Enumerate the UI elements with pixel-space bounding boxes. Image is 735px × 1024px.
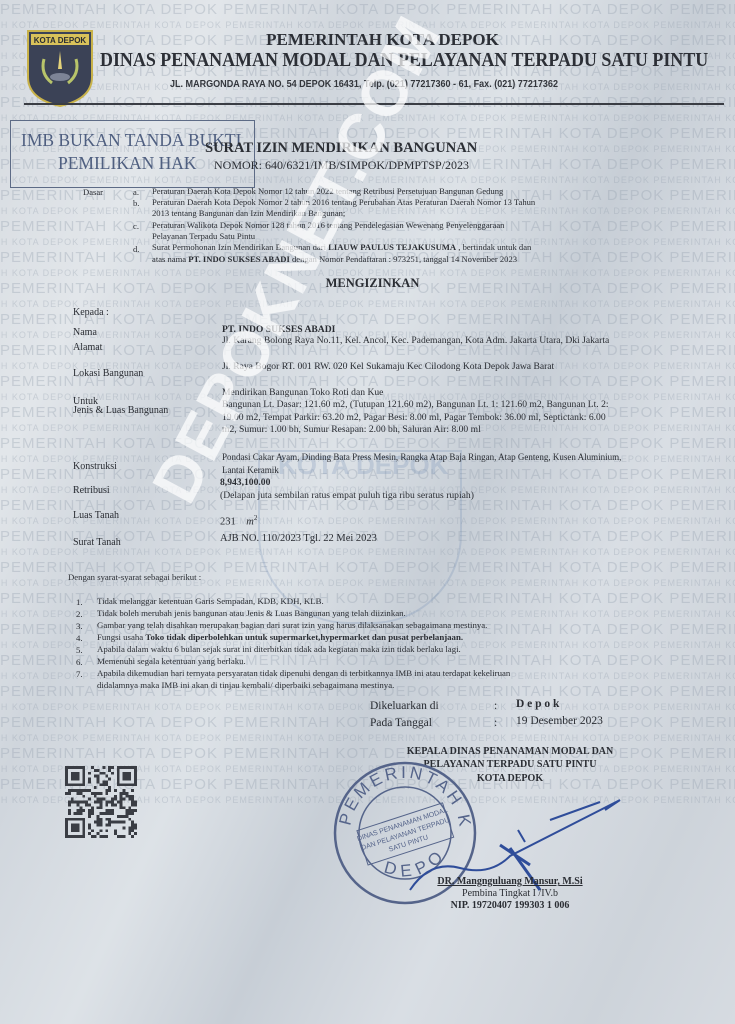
issued-date-label: Pada Tanggal xyxy=(370,717,432,729)
syarat-number: 5. xyxy=(76,645,83,655)
jenis-label: Jenis & Luas Bangunan xyxy=(73,405,168,416)
syarat-item: Fungsi usaha Toko tidak diperbolehkan un… xyxy=(97,632,463,642)
dasar-letter: b. xyxy=(133,198,139,209)
syarat-number: 6. xyxy=(76,657,83,667)
dasar-letter: d. xyxy=(133,244,139,255)
surat-tanah-value: AJB NO. 110/2023 Tgl. 22 Mei 2023 xyxy=(220,533,620,546)
issued-date-value: 19 Desember 2023 xyxy=(516,715,603,727)
alamat-label: Alamat xyxy=(73,342,102,353)
syarat-number: 3. xyxy=(76,621,83,631)
syarat-item: Apabila dikemudian hari ternyata persyar… xyxy=(97,668,510,678)
stamp-line-2: PEMILIKAN HAK xyxy=(58,152,197,174)
syarat-number: 4. xyxy=(76,633,83,643)
syarat-item: Tidak melanggar ketentuan Garis Sempadan… xyxy=(97,596,324,606)
untuk-value: Mendirikan Bangunan Toko Roti dan Kue xyxy=(222,387,622,400)
signatory-rank: Pembina Tingkat I /IV.b xyxy=(380,888,640,899)
mengizinkan-heading: MENGIZINKAN xyxy=(0,276,735,291)
syarat-item: Tidak boleh merubah jenis bangunan atau … xyxy=(97,608,406,618)
syarat-item: Gambar yang telah disahkan merupakan bag… xyxy=(97,620,487,630)
syarat-number: 2. xyxy=(76,609,83,619)
dasar-label: Dasar xyxy=(83,187,103,198)
syarat-heading: Dengan syarat-syarat sebagai berikut : xyxy=(68,572,201,582)
lokasi-label: Lokasi Bangunan xyxy=(73,368,143,379)
issued-separator: : xyxy=(494,717,497,729)
konstruksi-label: Konstruksi xyxy=(73,461,117,472)
issued-place-label: Dikeluarkan di xyxy=(370,700,439,712)
luas-tanah-value: 231 m2 xyxy=(220,512,620,529)
dasar-item: Pelayanan Terpadu Satu Pintu xyxy=(152,231,255,242)
signatory-name: DR. Mangnguluang Mansur, M.Si xyxy=(380,876,640,887)
konstruksi-value: Pondasi Cakar Ayam, Dinding Bata Press M… xyxy=(222,451,622,476)
retribusi-value: 8,943,100.00 xyxy=(220,477,620,490)
syarat-item: didalamnya maka IMB ini akan di tinjau k… xyxy=(97,680,394,690)
signatory-nip: NIP. 19720407 199303 1 006 xyxy=(380,900,640,911)
syarat-item: Memenuhi segala ketentuan yang berlaku. xyxy=(97,656,246,666)
syarat-item: Apabila dalam waktu 6 bulan sejak surat … xyxy=(97,644,461,654)
kepada-label: Kepada : xyxy=(73,307,109,318)
qr-code-icon[interactable] xyxy=(62,766,140,838)
dasar-letter: a. xyxy=(133,187,139,198)
issued-separator: : xyxy=(494,700,497,712)
luas-tanah-label: Luas Tanah xyxy=(73,510,119,521)
dasar-letter: c. xyxy=(133,221,139,232)
retribusi-terbilang: (Delapan juta sembilan ratus empat puluh… xyxy=(220,490,620,503)
issued-place-value: D e p o k xyxy=(516,698,559,710)
syarat-number: 7. xyxy=(76,669,83,679)
signatory-title-1: KEPALA DINAS PENANAMAN MODAL DAN xyxy=(380,746,640,757)
syarat-number: 1. xyxy=(76,597,83,607)
nama-label: Nama xyxy=(73,327,97,338)
jenis-value: Bangunan Lt. Dasar: 121.60 m2, (Tutupan … xyxy=(222,399,622,437)
surat-tanah-label: Surat Tanah xyxy=(73,537,121,548)
retribusi-label: Retribusi xyxy=(73,485,110,496)
